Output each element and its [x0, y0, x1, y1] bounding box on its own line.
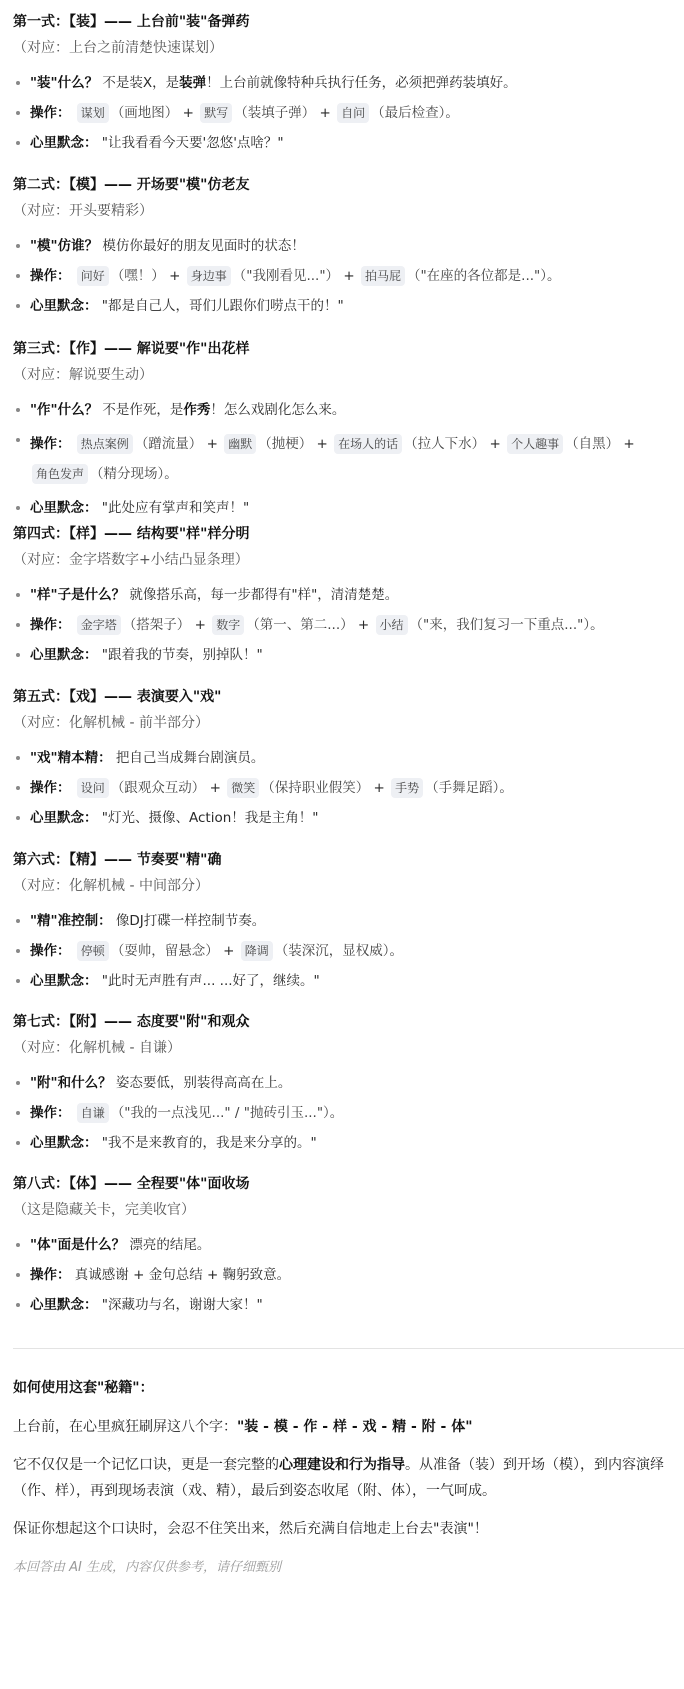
plus-sign: +	[489, 436, 500, 452]
chip-note: （耍帅，留悬念）	[111, 943, 219, 959]
list-item: 心里默念： "深藏功与名，谢谢大家！"	[13, 1294, 660, 1316]
bullet-text: "让我看看今天要'忽悠'点啥？"	[102, 135, 284, 151]
bullet-list: "作"什么？ 不是作死，是作秀！怎么戏剧化怎么来。 操作： 热点案例（蹭流量） …	[13, 399, 660, 519]
list-item: 操作： 停顿（耍帅，留悬念） + 降调（装深沉，显权威）。	[13, 940, 660, 962]
section-7: 第七式：【附】—— 态度要"附"和观众 （对应：化解机械 - 自谦） "附"和什…	[13, 1012, 660, 1162]
section-subtitle: （这是隐藏关卡，完美收官）	[13, 1200, 660, 1220]
bullet-text: "跟着我的节奏，别掉队！"	[102, 647, 263, 663]
code-chip: 默写	[200, 103, 232, 123]
section-6: 第六式：【精】—— 节奏要"精"确 （对应：化解机械 - 中间部分） "精"准控…	[13, 850, 660, 1000]
code-chip: 问好	[77, 266, 109, 286]
chip-note: （"来，我们复习一下重点..."）	[410, 617, 591, 633]
list-item: "样"子是什么？ 就像搭乐高，每一步都得有"样"，清清楚楚。	[13, 584, 660, 606]
bullet-text: 漂亮的结尾。	[129, 1237, 210, 1253]
bullet-label: 操作：	[30, 780, 71, 796]
section-1: 第一式：【装】—— 上台前"装"备弹药 （对应：上台之前清楚快速谋划） "装"什…	[13, 12, 660, 162]
chip-note: （蹭流量）	[135, 436, 203, 452]
code-chip: 停顿	[77, 941, 109, 961]
list-item: 心里默念： "都是自己人，哥们儿跟你们唠点干的！"	[13, 295, 660, 317]
bullet-label: 操作：	[30, 1105, 71, 1121]
chip-note: （"我的一点浅见..." / "抛砖引玉..."）	[111, 1105, 330, 1121]
chip-note: （最后检查）	[371, 105, 445, 121]
code-chip: 手势	[391, 778, 423, 798]
plus-sign: +	[169, 268, 180, 284]
list-item: 操作： 谋划（画地图） + 默写（装填子弹） + 自问（最后检查）。	[13, 102, 660, 124]
period: 。	[547, 268, 561, 284]
plus-sign: +	[210, 780, 221, 796]
section-2: 第二式：【模】—— 开场要"模"仿老友 （对应：开头要精彩） "模"仿谁？ 模仿…	[13, 175, 660, 325]
bullet-emphasis: 作秀	[183, 402, 210, 418]
bullet-label: 心里默念：	[30, 135, 98, 151]
list-item: 操作： 真诚感谢 + 金句总结 + 鞠躬致意。	[13, 1264, 660, 1286]
section-title: 第四式：【样】—— 结构要"样"样分明	[13, 524, 660, 544]
usage-paragraph-1: 上台前，在心里疯狂刷屏这八个字："装 - 模 - 作 - 样 - 戏 - 精 -…	[13, 1414, 684, 1440]
bullet-text: 就像搭乐高，每一步都得有"样"，清清楚楚。	[129, 587, 398, 603]
chip-note: （精分现场）	[90, 466, 164, 482]
bullet-text: 不是装X，是	[102, 75, 179, 91]
section-title: 第二式：【模】—— 开场要"模"仿老友	[13, 175, 660, 195]
bullet-list: "附"和什么？ 姿态要低，别装得高高在上。 操作： 自谦（"我的一点浅见..."…	[13, 1072, 660, 1154]
list-item: "体"面是什么？ 漂亮的结尾。	[13, 1234, 660, 1256]
bullet-label: 心里默念：	[30, 298, 98, 314]
chip-note: （装填子弹）	[234, 105, 315, 121]
list-item: 心里默念： "让我看看今天要'忽悠'点啥？"	[13, 132, 660, 154]
list-item: 心里默念： "此处应有掌声和笑声！"	[13, 497, 660, 519]
list-item: "戏"精本精： 把自己当成舞台剧演员。	[13, 747, 660, 769]
ai-disclaimer: 本回答由 AI 生成，内容仅供参考，请仔细甄别	[13, 1556, 684, 1575]
section-title: 第五式：【戏】—— 表演要入"戏"	[13, 687, 660, 707]
bullet-text: ！上台前就像特种兵执行任务，必须把弹药装填好。	[206, 75, 517, 91]
bullet-label: 操作：	[30, 617, 71, 633]
bullet-label: "模"仿谁？	[30, 238, 98, 254]
usage-paragraph-3: 保证你想起这个口诀时，会忍不住笑出来，然后充满自信地走上台去"表演"！	[13, 1516, 684, 1542]
bullet-text: "深藏功与名，谢谢大家！"	[102, 1297, 263, 1313]
bullet-text: "灯光、摄像、Action！我是主角！"	[102, 810, 319, 826]
bullet-text: "都是自己人，哥们儿跟你们唠点干的！"	[102, 298, 344, 314]
list-item: "附"和什么？ 姿态要低，别装得高高在上。	[13, 1072, 660, 1094]
section-title: 第一式：【装】—— 上台前"装"备弹药	[13, 12, 660, 32]
bullet-label: 心里默念：	[30, 647, 98, 663]
period: 。	[445, 105, 459, 121]
chip-note: （跟观众互动）	[111, 780, 206, 796]
chip-note: （拉人下水）	[404, 436, 485, 452]
list-item: "作"什么？ 不是作死，是作秀！怎么戏剧化怎么来。	[13, 399, 660, 421]
bullet-label: "体"面是什么？	[30, 1237, 125, 1253]
bullet-label: "作"什么？	[30, 402, 98, 418]
list-item: "模"仿谁？ 模仿你最好的朋友见面时的状态！	[13, 235, 660, 257]
code-chip: 自谦	[77, 1103, 109, 1123]
section-subtitle: （对应：开头要精彩）	[13, 201, 660, 221]
code-chip: 谋划	[77, 103, 109, 123]
bullet-label: "样"子是什么？	[30, 587, 125, 603]
section-subtitle: （对应：解说要生动）	[13, 365, 660, 385]
section-subtitle: （对应：化解机械 - 中间部分）	[13, 876, 660, 896]
chip-note: （搭架子）	[123, 617, 191, 633]
bullet-label: 操作：	[30, 268, 71, 284]
chip-note: （"在座的各位都是..."）	[407, 268, 547, 284]
list-item: 操作： 设问（跟观众互动） + 微笑（保持职业假笑） + 手势（手舞足蹈）。	[13, 777, 660, 799]
bullet-label: 操作：	[30, 943, 71, 959]
bullet-label: 操作：	[30, 436, 71, 452]
bullet-text: "此时无声胜有声... ...好了，继续。"	[102, 973, 320, 989]
plus-sign: +	[320, 105, 331, 121]
bullet-label: "戏"精本精：	[30, 750, 112, 766]
code-chip: 金字塔	[77, 615, 121, 635]
period: 。	[164, 466, 178, 482]
divider	[13, 1348, 684, 1349]
bullet-text: 不是作死，是	[102, 402, 183, 418]
paragraph-text: 上台前，在心里疯狂刷屏这八个字：	[13, 1419, 237, 1435]
plus-sign: +	[343, 268, 354, 284]
bullet-label: 心里默念：	[30, 1135, 98, 1151]
plus-sign: +	[207, 436, 218, 452]
bullet-label: "装"什么？	[30, 75, 98, 91]
list-item: 心里默念： "此时无声胜有声... ...好了，继续。"	[13, 970, 660, 992]
paragraph-emphasis: 心理建设和行为指导	[279, 1457, 405, 1473]
paragraph-text: 它不仅仅是一个记忆口诀，更是一套完整的	[13, 1457, 279, 1473]
section-title: 第七式：【附】—— 态度要"附"和观众	[13, 1012, 660, 1032]
chip-note: （"我刚看见..."）	[233, 268, 339, 284]
bullet-list: "模"仿谁？ 模仿你最好的朋友见面时的状态！ 操作： 问好（嘿！） + 身边事（…	[13, 235, 660, 317]
period: 。	[499, 780, 513, 796]
period: 。	[389, 943, 403, 959]
section-title: 第六式：【精】—— 节奏要"精"确	[13, 850, 660, 870]
code-chip: 热点案例	[77, 434, 133, 454]
bullet-text: "我不是来教育的，我是来分享的。"	[102, 1135, 317, 1151]
plus-sign: +	[374, 780, 385, 796]
section-title: 第三式：【作】—— 解说要"作"出花样	[13, 339, 660, 359]
list-item: "精"准控制： 像DJ打碟一样控制节奏。	[13, 910, 660, 932]
bullet-text: ！怎么戏剧化怎么来。	[210, 402, 345, 418]
bullet-list: "样"子是什么？ 就像搭乐高，每一步都得有"样"，清清楚楚。 操作： 金字塔（搭…	[13, 584, 660, 666]
period: 。	[590, 617, 604, 633]
code-chip: 幽默	[224, 434, 256, 454]
mnemonic: "装 - 模 - 作 - 样 - 戏 - 精 - 附 - 体"	[237, 1419, 473, 1435]
section-4: 第四式：【样】—— 结构要"样"样分明 （对应：金字塔数字+小结凸显条理） "样…	[13, 524, 660, 674]
bullet-label: 操作：	[30, 1267, 71, 1283]
chip-note: （手舞足蹈）	[425, 780, 499, 796]
plus-sign: +	[317, 436, 328, 452]
plus-sign: +	[623, 436, 634, 452]
code-chip: 数字	[212, 615, 244, 635]
chip-note: （画地图）	[111, 105, 179, 121]
code-chip: 在场人的话	[334, 434, 402, 454]
code-chip: 角色发声	[32, 464, 88, 484]
section-subtitle: （对应：上台之前清楚快速谋划）	[13, 38, 660, 58]
bullet-label: 操作：	[30, 105, 71, 121]
bullet-text: 姿态要低，别装得高高在上。	[116, 1075, 292, 1091]
code-chip: 拍马屁	[361, 266, 405, 286]
list-item: 心里默念： "我不是来教育的，我是来分享的。"	[13, 1132, 660, 1154]
list-item: 操作： 金字塔（搭架子） + 数字（第一、第二...） + 小结（"来，我们复习…	[13, 614, 660, 636]
bullet-list: "精"准控制： 像DJ打碟一样控制节奏。 操作： 停顿（耍帅，留悬念） + 降调…	[13, 910, 660, 992]
list-item: 操作： 自谦（"我的一点浅见..." / "抛砖引玉..."）。	[13, 1102, 660, 1124]
plus-sign: +	[223, 943, 234, 959]
chip-note: （抛梗）	[258, 436, 312, 452]
bullet-label: 心里默念：	[30, 973, 98, 989]
bullet-label: "附"和什么？	[30, 1075, 112, 1091]
bullet-text: 像DJ打碟一样控制节奏。	[116, 913, 265, 929]
code-chip: 自问	[337, 103, 369, 123]
section-3: 第三式：【作】—— 解说要"作"出花样 （对应：解说要生动） "作"什么？ 不是…	[13, 339, 660, 527]
bullet-text: 模仿你最好的朋友见面时的状态！	[102, 238, 305, 254]
period: 。	[330, 1105, 344, 1121]
section-subtitle: （对应：金字塔数字+小结凸显条理）	[13, 550, 660, 570]
bullet-label: 心里默念：	[30, 1297, 98, 1313]
usage-paragraph-2: 它不仅仅是一个记忆口诀，更是一套完整的心理建设和行为指导。从准备（装）到开场（模…	[13, 1452, 684, 1504]
chip-note: （嘿！）	[111, 268, 165, 284]
bullet-text: 真诚感谢 + 金句总结 + 鞠躬致意。	[75, 1267, 290, 1283]
list-item: 操作： 热点案例（蹭流量） + 幽默（抛梗） + 在场人的话（拉人下水） + 个…	[13, 429, 660, 489]
plus-sign: +	[183, 105, 194, 121]
section-subtitle: （对应：化解机械 - 前半部分）	[13, 713, 660, 733]
section-subtitle: （对应：化解机械 - 自谦）	[13, 1038, 660, 1058]
bullet-emphasis: 装弹	[179, 75, 206, 91]
list-item: 心里默念： "灯光、摄像、Action！我是主角！"	[13, 807, 660, 829]
section-8: 第八式：【体】—— 全程要"体"面收场 （这是隐藏关卡，完美收官） "体"面是什…	[13, 1174, 660, 1324]
section-5: 第五式：【戏】—— 表演要入"戏" （对应：化解机械 - 前半部分） "戏"精本…	[13, 687, 660, 837]
bullet-list: "戏"精本精： 把自己当成舞台剧演员。 操作： 设问（跟观众互动） + 微笑（保…	[13, 747, 660, 829]
list-item: "装"什么？ 不是装X，是装弹！上台前就像特种兵执行任务，必须把弹药装填好。	[13, 72, 660, 94]
list-item: 操作： 问好（嘿！） + 身边事（"我刚看见..."） + 拍马屁（"在座的各位…	[13, 265, 660, 287]
bullet-list: "装"什么？ 不是装X，是装弹！上台前就像特种兵执行任务，必须把弹药装填好。 操…	[13, 72, 660, 154]
bullet-text: 把自己当成舞台剧演员。	[116, 750, 265, 766]
chip-note: （保持职业假笑）	[261, 780, 369, 796]
code-chip: 设问	[77, 778, 109, 798]
bullet-list: "体"面是什么？ 漂亮的结尾。 操作： 真诚感谢 + 金句总结 + 鞠躬致意。 …	[13, 1234, 660, 1316]
bullet-label: "精"准控制：	[30, 913, 112, 929]
list-item: 心里默念： "跟着我的节奏，别掉队！"	[13, 644, 660, 666]
chip-note: （第一、第二...）	[246, 617, 353, 633]
code-chip: 小结	[376, 615, 408, 635]
section-title: 第八式：【体】—— 全程要"体"面收场	[13, 1174, 660, 1194]
plus-sign: +	[358, 617, 369, 633]
usage-section: 如何使用这套"秘籍"： 上台前，在心里疯狂刷屏这八个字："装 - 模 - 作 -…	[13, 1378, 684, 1575]
code-chip: 个人趣事	[507, 434, 563, 454]
code-chip: 身边事	[187, 266, 231, 286]
bullet-text: "此处应有掌声和笑声！"	[102, 500, 249, 516]
code-chip: 降调	[241, 941, 273, 961]
bullet-label: 心里默念：	[30, 810, 98, 826]
chip-note: （自黑）	[565, 436, 619, 452]
chip-note: （装深沉，显权威）	[275, 943, 390, 959]
usage-title: 如何使用这套"秘籍"：	[13, 1378, 684, 1398]
code-chip: 微笑	[227, 778, 259, 798]
bullet-label: 心里默念：	[30, 500, 98, 516]
plus-sign: +	[195, 617, 206, 633]
